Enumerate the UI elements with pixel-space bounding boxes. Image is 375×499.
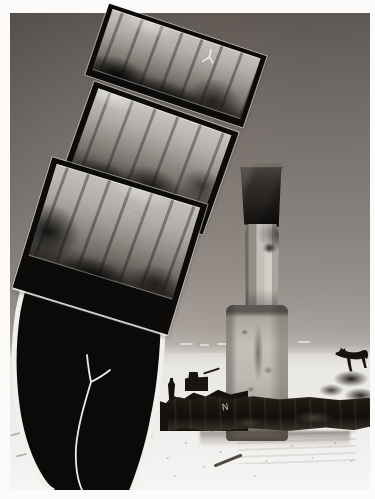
bird-icon — [200, 47, 219, 69]
artwork-page: { "artwork": { "film_strip": { "frames":… — [0, 0, 375, 499]
film-frame-number: 2 — [124, 208, 144, 232]
